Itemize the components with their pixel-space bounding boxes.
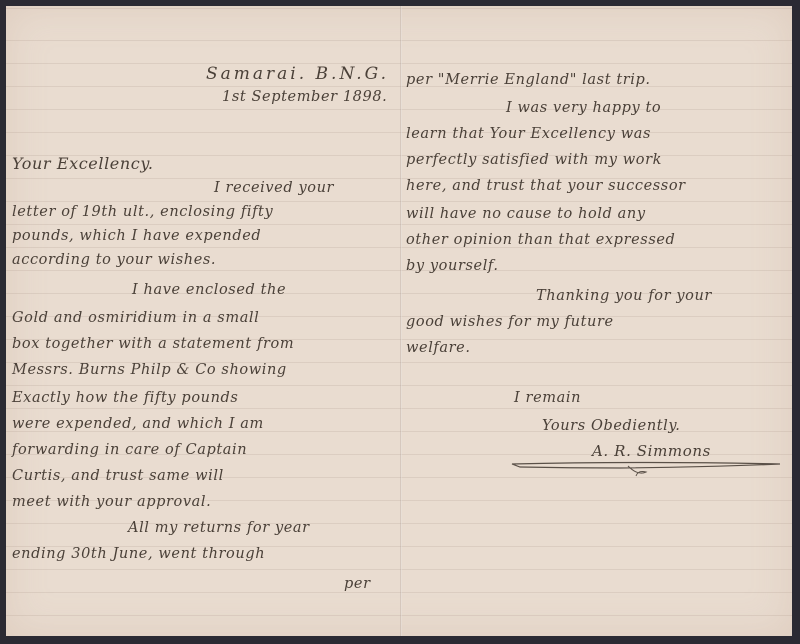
- letter-line: were expended, and which I am: [12, 416, 264, 432]
- signature-flourish-icon: [510, 458, 790, 480]
- letter-line: good wishes for my future: [406, 314, 614, 330]
- letter-line: according to your wishes.: [12, 252, 216, 268]
- letter-line: will have no cause to hold any: [406, 206, 646, 222]
- letter-line: Exactly how the fifty pounds: [12, 390, 238, 406]
- letter-line: All my returns for year: [128, 520, 310, 536]
- letter-line: I was very happy to: [506, 100, 661, 116]
- letter-line: Curtis, and trust same will: [12, 468, 224, 484]
- letter-line: perfectly satisfied with my work: [406, 152, 662, 168]
- letter-line: per "Merrie England" last trip.: [406, 72, 651, 88]
- letter-line: by yourself.: [406, 258, 499, 274]
- letter-line: ending 30th June, went through: [12, 546, 265, 562]
- letter-line: per: [344, 576, 371, 592]
- letter-line: Messrs. Burns Philp & Co showing: [12, 362, 287, 378]
- letter-line: I have enclosed the: [132, 282, 286, 298]
- letter-line: other opinion than that expressed: [406, 232, 675, 248]
- letter-line: pounds, which I have expended: [12, 228, 261, 244]
- letter-heading-date: 1st September 1898.: [222, 89, 387, 105]
- letter-heading-place: Samarai. B.N.G.: [206, 64, 389, 84]
- letter-line: learn that Your Excellency was: [406, 126, 651, 142]
- letter-closing: I remain: [514, 390, 581, 406]
- center-fold: [400, 6, 402, 636]
- letter-line: forwarding in care of Captain: [12, 442, 247, 458]
- letter-line: Gold and osmiridium in a small: [12, 310, 259, 326]
- letter-closing-yours: Yours Obediently.: [542, 418, 681, 434]
- letter-line: Thanking you for your: [536, 288, 712, 304]
- letter-line: letter of 19th ult., enclosing fifty: [12, 204, 273, 220]
- letter-line: welfare.: [406, 340, 471, 356]
- letter-sheet: Samarai. B.N.G. 1st September 1898. Your…: [6, 6, 792, 636]
- letter-line: I received your: [214, 180, 334, 196]
- letter-line: here, and trust that your successor: [406, 178, 686, 194]
- letter-line: meet with your approval.: [12, 494, 211, 510]
- letter-salutation: Your Excellency.: [12, 154, 154, 173]
- letter-line: box together with a statement from: [12, 336, 294, 352]
